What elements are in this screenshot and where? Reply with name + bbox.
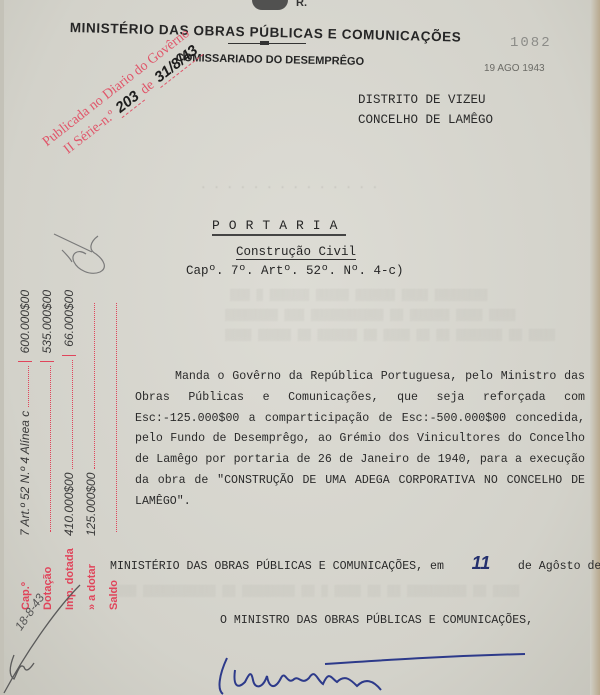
- budget-row: » a dotar 125.000$00: [76, 290, 98, 610]
- closing-prefix: MINISTÉRIO DAS OBRAS PÚBLICAS E COMUNICA…: [110, 560, 444, 573]
- signer-title: O MINISTRO DAS OBRAS PÚBLICAS E COMUNICA…: [220, 614, 533, 627]
- budget-row-value: 535.000$00: [40, 290, 54, 362]
- budget-row-value: 600.000$00: [18, 290, 32, 362]
- district-line: DISTRITO DE VIZEU: [358, 90, 493, 110]
- dotted-leader: [94, 303, 95, 469]
- budget-row: Cap.º 7 Art.º 52 N.º 4 Alínea c 600.000$…: [10, 290, 32, 610]
- budget-row: Imp. dotada 410.000$00 66.000$00: [54, 290, 76, 610]
- dotted-leader: [116, 303, 117, 532]
- budget-row: Saldo: [98, 290, 120, 610]
- location-block: DISTRITO DE VIZEU CONCELHO DE LAMÊGO: [358, 90, 493, 130]
- pencil-initials-icon: [52, 232, 112, 277]
- budget-row-label: Saldo: [108, 540, 120, 610]
- closing-suffix: de Agôsto de 1943.: [518, 560, 600, 573]
- budget-reference: Capº. 7º. Artº. 52º. Nº. 4-c): [186, 264, 404, 278]
- page-edge-right: [590, 0, 600, 695]
- bleed-through-text: ▒▒▒▒ ▒▒▒▒▒ ▒▒ ▒▒▒▒▒▒ ▒▒ ▒▒▒▒ ▒▒ ▒▒ ▒▒▒▒▒…: [225, 330, 555, 342]
- bleed-through-text: ▒▒▒▒▒▒▒▒ ▒▒▒ ▒▒▒▒▒▒▒▒▒▒▒ ▒▒ ▒▒▒▒▒▒ ▒▒▒▒ …: [225, 310, 515, 322]
- dotted-leader: [72, 360, 73, 469]
- closing-line: MINISTÉRIO DAS OBRAS PÚBLICAS E COMUNICA…: [110, 553, 600, 574]
- dotted-leader: [28, 366, 29, 406]
- emblem-suffix: R.: [296, 0, 307, 9]
- bleed-through-text: ▒▒▒▒ ▒▒▒▒▒▒▒▒▒▒▒ ▒▒ ▒▒▒▒▒▒▒▒ ▒▒ ▒ ▒▒▒▒ ▒…: [110, 586, 519, 598]
- coat-of-arms-icon: [252, 0, 288, 10]
- document-subtitle: Construção Civil: [236, 245, 356, 260]
- bleed-through-text: . . . . . . . . . . . . . .: [200, 180, 378, 192]
- budget-row-handwritten: 125.000$00: [84, 473, 98, 536]
- bleed-through-text: ▒▒▒ ▒ ▒▒▒▒▒▒ ▒▒▒▒▒ ▒▒▒▒▒▒ ▒▒▒▒ ▒▒▒▒▒▒▒▒: [230, 290, 487, 302]
- heading-divider-mark: [260, 41, 269, 45]
- budget-row-handwritten: 7 Art.º 52 N.º 4 Alínea c: [18, 411, 32, 536]
- council-line: CONCELHO DE LAMÊGO: [358, 110, 493, 130]
- budget-row-value: 66.000$00: [62, 290, 76, 356]
- budget-row-handwritten: 410.000$00: [62, 473, 76, 536]
- body-paragraph: Manda o Govêrno da República Portuguesa,…: [135, 367, 585, 513]
- minister-signature-icon: [205, 650, 535, 695]
- budget-row: Dotação 535.000$00: [32, 290, 54, 610]
- registry-number-stamp: 1082: [510, 35, 552, 51]
- pencil-signature-icon: [0, 575, 90, 695]
- dotted-leader: [50, 366, 51, 532]
- budget-allocation-panel: Cap.º 7 Art.º 52 N.º 4 Alínea c 600.000$…: [10, 290, 120, 610]
- document-title: PORTARIA: [212, 218, 346, 236]
- closing-day-handwritten: 11: [451, 553, 511, 574]
- document-body: Manda o Govêrno da República Portuguesa,…: [135, 367, 585, 513]
- received-date-stamp: 19 AGO 1943: [484, 63, 545, 74]
